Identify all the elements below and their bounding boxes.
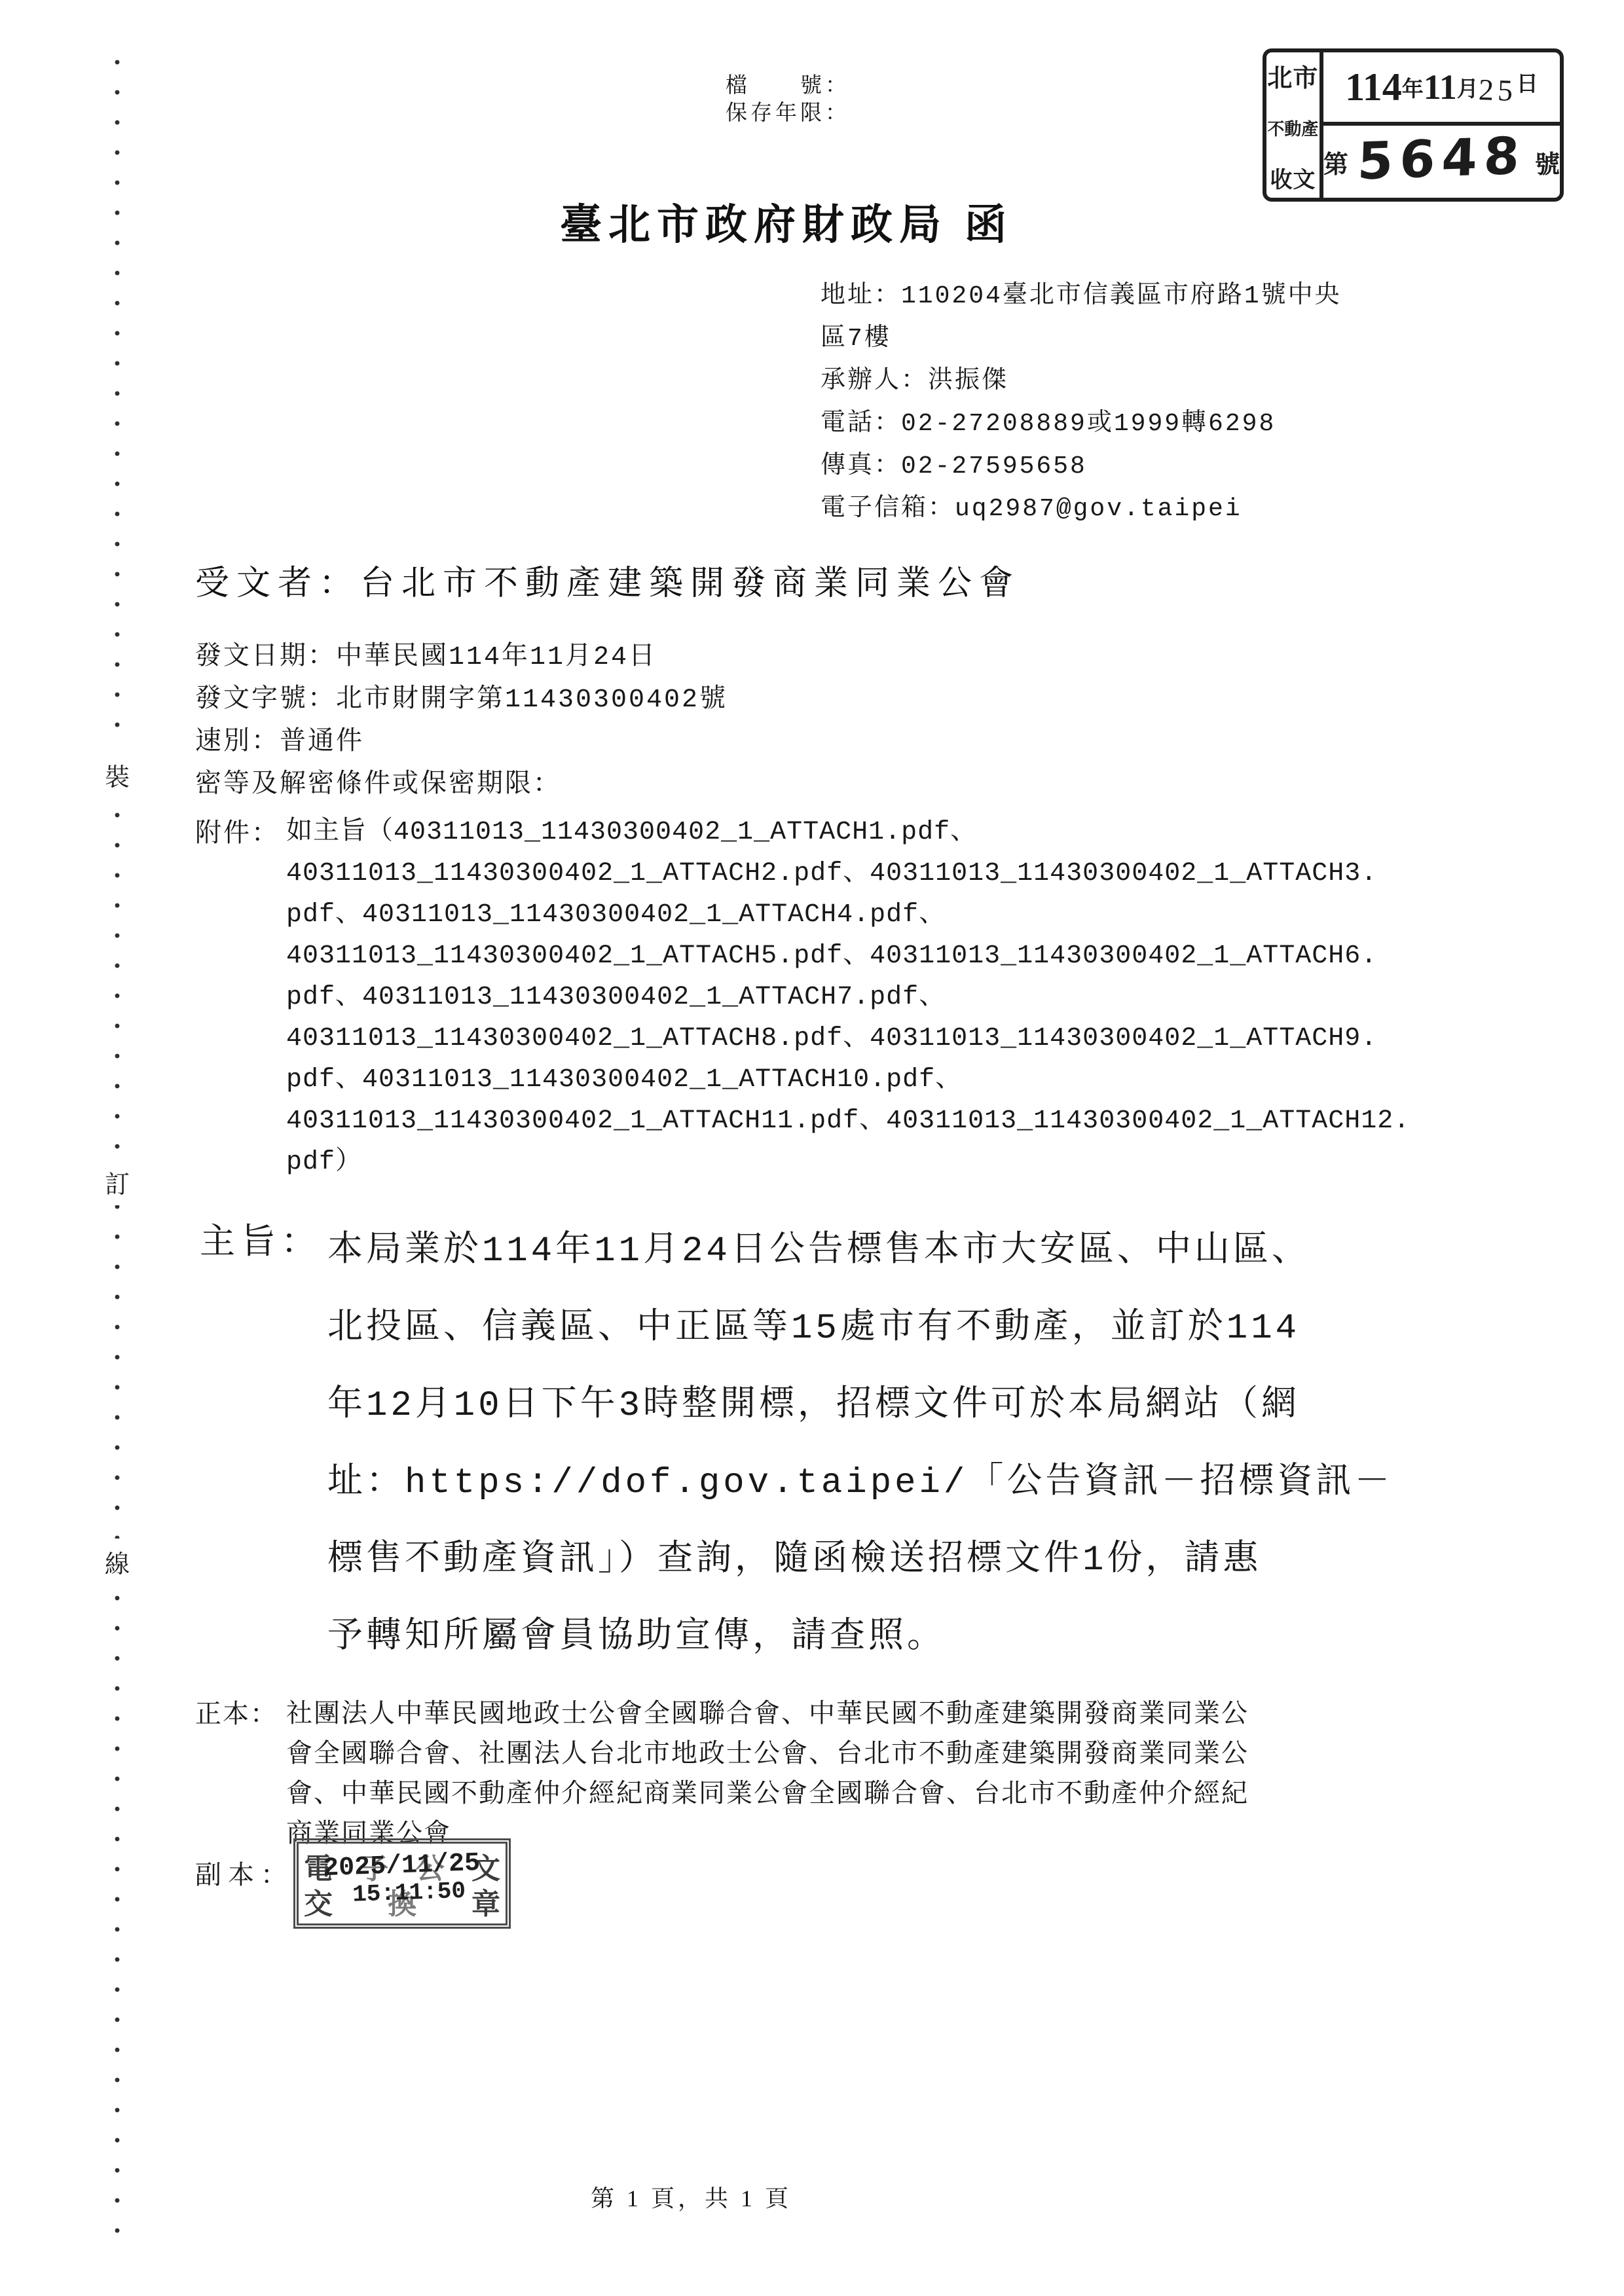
attachment-line: pdf、40311013_11430300402_1_ATTACH7.pdf、 [286,977,1410,1018]
subject-line: 本局業於114年11月24日公告標售本市大安區、中山區、 [327,1213,1393,1290]
binding-mark-xian: 線 [98,1539,136,1585]
receive-stamp-org-bottom: 收文 [1270,162,1316,194]
binding-dotted-line [114,47,120,2255]
binding-mark-ding: 訂 [98,1159,136,1205]
attachment-list: 如主旨（40311013_11430300402_1_ATTACH1.pdf、 … [286,812,1410,1183]
original-copy-line: 社團法人中華民國地政士公會全國聯合會、中華民國不動產建築開發商業同業公 [286,1693,1249,1733]
sender-fax: 傳真：02-27595658 [821,445,1342,488]
subject-line: 址：https://dof.gov.taipei/「公告資訊－招標資訊－ [327,1445,1393,1522]
attachment-line: 40311013_11430300402_1_ATTACH2.pdf、40311… [286,853,1410,894]
receive-stamp-org-mid: 不動產 [1267,116,1318,140]
sender-phone: 電話：02-27208889或1999轉6298 [821,403,1342,445]
attachment-line: pdf、40311013_11430300402_1_ATTACH4.pdf、 [286,894,1410,936]
receive-number-value: 5648 [1356,126,1526,191]
receive-date-month: 11 [1424,67,1457,107]
exchange-stamp-datetime: 2025/11/25 15:11:50 [323,1851,482,1912]
receive-number-suffix: 號 [1535,144,1560,180]
cc-copy-label: 副本： [195,1854,293,1891]
doc-number-line: 發文字號：北市財開字第11430300402號 [195,679,728,721]
subject-line: 標售不動產資訊」）查詢，隨函檢送招標文件1份，請惠 [327,1522,1393,1599]
subject-label: 主旨： [200,1213,322,1264]
exchange-stamp-time: 15:11:50 [330,1878,488,1909]
recipient-line: 受文者：台北市不動產建築開發商業同業公會 [195,555,1020,604]
attachment-line: 40311013_11430300402_1_ATTACH8.pdf、40311… [286,1018,1410,1059]
retention-period-label: 保存年限： [726,101,850,128]
receive-date-day: 25 [1478,72,1517,108]
receive-date-year-unit: 年 [1402,72,1424,103]
attachment-line: 如主旨（40311013_11430300402_1_ATTACH1.pdf、 [286,812,1410,853]
receive-stamp: 北市 不動產 收文 114 年 11 月 25 日 第 5648 號 [1263,48,1564,202]
receive-stamp-right: 114 年 11 月 25 日 第 5648 號 [1323,52,1560,198]
receive-date-month-unit: 月 [1457,72,1479,103]
binding-mark-zhuang: 裝 [98,752,136,798]
subject-line: 北投區、信義區、中正區等15處市有不動產，並訂於114 [327,1290,1393,1368]
issue-date-line: 發文日期：中華民國114年11月24日 [195,636,728,679]
sender-contact-block: 地址：110204臺北市信義區市府路1號中央 區7樓 承辦人：洪振傑 電話：02… [821,275,1342,530]
subject-line: 年12月10日下午3時整開標，招標文件可於本局網站（網 [327,1368,1393,1445]
sender-undertaker: 承辦人：洪振傑 [821,360,1342,403]
subject-body: 本局業於114年11月24日公告標售本市大安區、中山區、 北投區、信義區、中正區… [327,1213,1393,1677]
page-number-footer: 第 1 頁，共 1 頁 [591,2180,792,2214]
scanned-official-letter: 裝 訂 線 檔 號： 保存年限： 北市 不動產 收文 114 年 11 月 25… [0,0,1624,2296]
attachment-line: 40311013_11430300402_1_ATTACH11.pdf、4031… [286,1101,1410,1142]
attachment-label: 附件： [195,812,280,850]
original-copy-label: 正本： [195,1693,278,1730]
electronic-exchange-stamp: 電 子 公 文 交 換 章 2025/11/25 15:11:50 [293,1838,511,1929]
attachment-line: 40311013_11430300402_1_ATTACH5.pdf、40311… [286,936,1410,977]
receive-stamp-date-row: 114 年 11 月 25 日 [1323,52,1560,126]
file-number-label: 檔 號： [726,73,850,101]
security-class-line: 密等及解密條件或保密期限： [195,764,728,807]
sender-address-line1: 地址：110204臺北市信義區市府路1號中央 [821,275,1342,318]
receive-date-year: 114 [1345,65,1402,110]
original-copy-line: 會、中華民國不動產仲介經紀商業同業公會全國聯合會、台北市不動產仲介經紀 [286,1773,1249,1813]
attachment-line: pdf） [286,1142,1410,1183]
receive-stamp-number-row: 第 5648 號 [1323,126,1560,198]
receive-number-prefix: 第 [1323,144,1348,180]
receive-stamp-org-top: 北市 [1267,58,1318,94]
archive-labels: 檔 號： 保存年限： [726,73,850,128]
original-copy-line: 會全國聯合會、社團法人台北市地政士公會、台北市不動產建築開發商業同業公 [286,1733,1249,1773]
original-copy-list: 社團法人中華民國地政士公會全國聯合會、中華民國不動產建築開發商業同業公 會全國聯… [286,1693,1249,1853]
subject-line: 予轉知所屬會員協助宣傳，請查照。 [327,1599,1393,1677]
receive-stamp-org-column: 北市 不動產 收文 [1266,52,1323,198]
sender-address-line2: 區7樓 [821,318,1342,360]
attachment-line: pdf、40311013_11430300402_1_ATTACH10.pdf、 [286,1059,1410,1101]
receive-date-day-unit: 日 [1517,67,1538,98]
document-meta-block: 發文日期：中華民國114年11月24日 發文字號：北市財開字第114303004… [195,636,728,807]
sender-email: 電子信箱：uq2987@gov.taipei [821,488,1342,530]
speed-class-line: 速別：普通件 [195,721,728,764]
page-title: 臺北市政府財政局 函 [560,191,1013,251]
